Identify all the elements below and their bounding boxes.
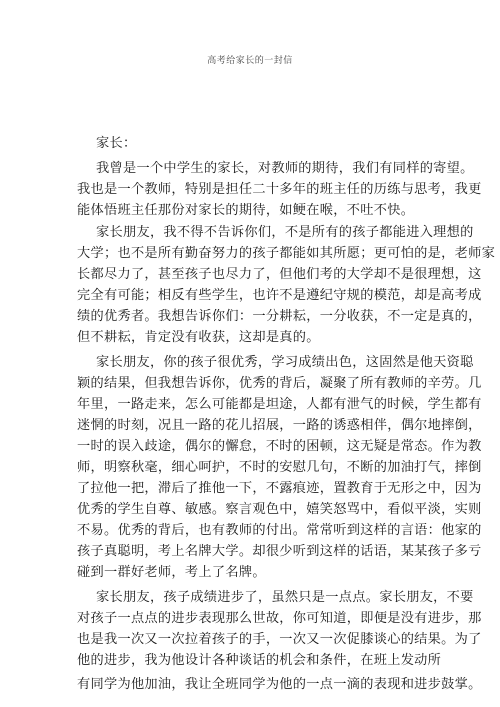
paragraph-line: 师，明察秋毫，细心呵护，不时的安慰几句，不断的加油打气，摔倒 bbox=[77, 461, 482, 474]
paragraph-line: 了拉他一把，滞后了推他一下，不露痕迹，置教育于无形之中，因为 bbox=[77, 482, 482, 495]
paragraph-first-line: 家长朋友，我不得不告诉你们，不是所有的孩子都能进入理想的 bbox=[96, 226, 474, 239]
paragraph-line: 绩的优秀者。我想告诉你们：一分耕耘，一分收获，不一定是真的， bbox=[77, 310, 482, 323]
paragraph-line: 他的进步，我为他设计各种谈话的机会和条件，在班上发动所 bbox=[77, 654, 441, 667]
paragraph-line: 大学；也不是所有勤奋努力的孩子都能如其所愿；更可怕的是，老师家 bbox=[77, 247, 495, 260]
salutation: 家长： bbox=[96, 137, 136, 150]
paragraph-line: 也是我一次又一次拉着孩子的手，一次又一次促膝谈心的结果。为了 bbox=[77, 633, 482, 646]
paragraph-line: 迷惘的时刻，况且一路的花儿招展，一路的诱惑相伴，偶尔地摔倒， bbox=[77, 419, 482, 432]
paragraph-line: 孩子真聪明，考上名牌大学。却很少听到这样的话语，某某孩子多亏 bbox=[77, 545, 482, 558]
paragraph-line: 完全有可能；相反有些学生，也许不是遵纪守规的模范，却是高考成 bbox=[77, 289, 482, 302]
paragraph-line: 长都尽力了，甚至孩子也尽力了，但他们考的大学却不是很理想，这 bbox=[77, 268, 482, 281]
paragraph-line: 颖的结果，但我想告诉你，优秀的背后，凝聚了所有教师的辛劳。几 bbox=[77, 377, 482, 390]
paragraph-line: 对孩子一点点的进步表现那么世故，你可知道，即便是没有进步，那 bbox=[77, 612, 482, 625]
paragraph-line: 年里，一路走来，怎么可能都是坦途，人都有泄气的时候，学生都有 bbox=[77, 398, 482, 411]
paragraph-line: 一时的误入歧途，偶尔的懈怠，不时的困顿，这无疑是常态。作为教 bbox=[77, 440, 482, 453]
paragraph-line: 不易。优秀的背后，也有教师的付出。常常听到这样的言语：他家的 bbox=[77, 524, 482, 537]
paragraph-line: 碰到一群好老师，考上了名牌。 bbox=[77, 566, 266, 579]
paragraph-first-line: 我曾是一个中学生的家长，对教师的期待，我们有同样的寄望。 bbox=[96, 162, 474, 175]
paragraph-line: 能体悟班主任那份对家长的期待，如鲠在喉，不吐不快。 bbox=[77, 204, 414, 217]
paragraph-first-line: 家长朋友，你的孩子很优秀，学习成绩出色，这固然是他天资聪 bbox=[96, 356, 474, 369]
paragraph-line: 但不耕耘，肯定没有收获，这却是真的。 bbox=[77, 331, 320, 344]
paragraph-line: 优秀的学生自尊、敏感。察言观色中，嬉笑怒骂中，看似平淡，实则 bbox=[77, 503, 482, 516]
document-title: 高考给家长的一封信 bbox=[0, 53, 500, 66]
paragraph-line: 有同学为他加油，我让全班同学为他的一点一滴的表现和进步鼓掌。 bbox=[77, 678, 482, 691]
paragraph-line: 我也是一个教师，特别是担任二十多年的班主任的历练与思考，我更 bbox=[77, 183, 482, 196]
paragraph-first-line: 家长朋友，孩子成绩进步了，虽然只是一点点。家长朋友，不要 bbox=[96, 591, 474, 604]
